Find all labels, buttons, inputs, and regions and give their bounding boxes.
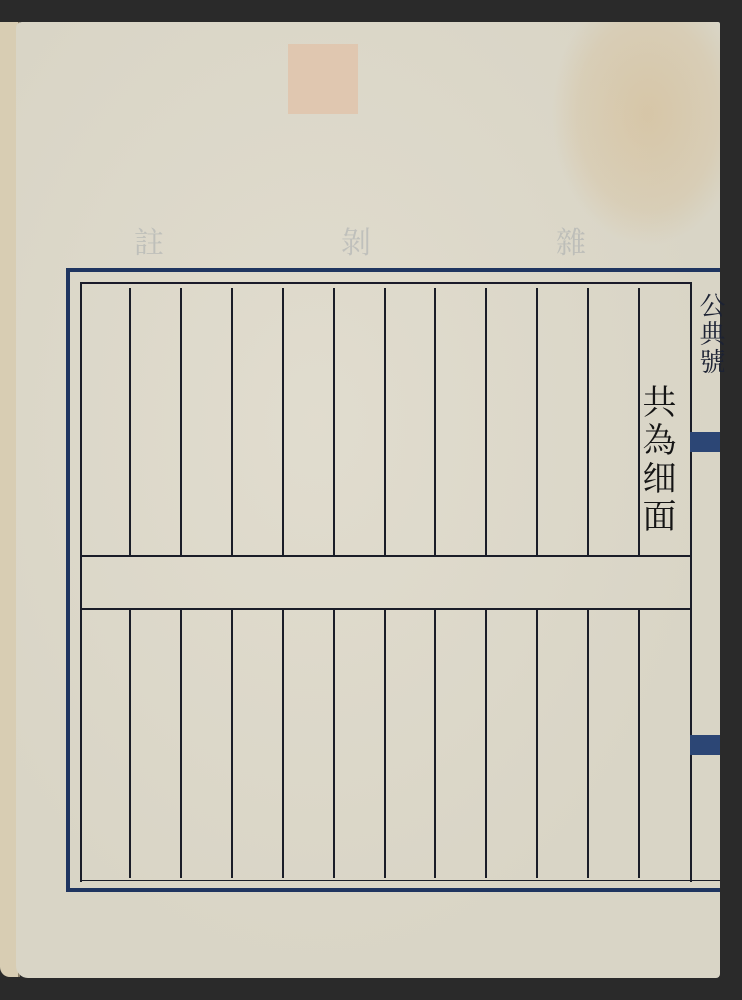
seal-stamp-faded [288, 44, 358, 114]
bleed-through-char: 註 [134, 218, 164, 262]
rule-line [536, 288, 538, 556]
rule-line [282, 610, 284, 878]
rule-line [129, 288, 131, 556]
fishtail-mark [690, 735, 720, 755]
rule-line [536, 610, 538, 878]
rule-line [231, 610, 233, 878]
rule-line [333, 288, 335, 556]
fishtail-mark [690, 432, 720, 452]
rule-line [485, 610, 487, 878]
rule-line [180, 288, 182, 556]
handwritten-note: 共為细面 [636, 384, 676, 536]
rule-line [129, 610, 131, 878]
rule-line [384, 288, 386, 556]
rule-line [180, 610, 182, 878]
rule-line [282, 288, 284, 556]
rule-line [333, 610, 335, 878]
rule-line [485, 288, 487, 556]
band-bottom-rule [82, 608, 690, 610]
rule-line [434, 610, 436, 878]
bottom-rule [82, 880, 720, 881]
rule-line [80, 282, 82, 882]
rule-line [384, 610, 386, 878]
bleed-through-char: 剝 [341, 218, 371, 262]
rule-line [638, 610, 640, 878]
rule-line [434, 288, 436, 556]
bleed-through-char: 雜 [556, 218, 586, 262]
ruled-grid [80, 282, 692, 884]
header-label: 公典號 [692, 292, 729, 376]
band-top-rule [82, 555, 690, 557]
rule-line [587, 610, 589, 878]
rule-line [231, 288, 233, 556]
rule-line [587, 288, 589, 556]
